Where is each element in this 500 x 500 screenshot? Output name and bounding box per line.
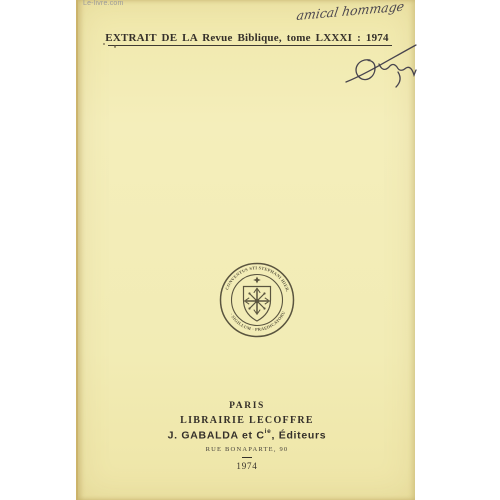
imprint-editors-sup: ie [265,428,272,435]
signature-stroke [379,64,416,75]
paper-speck [114,45,116,48]
signature-stroke [396,72,400,87]
dedication-text: amical hommage [296,0,406,23]
watermark-text: Le-livre.com [83,0,124,7]
imprint-city: PARIS [88,401,406,411]
dedication-handwriting: amical hommage [290,0,414,34]
signature-handwriting [334,38,418,96]
scan-image: Le-livre.com amical hommage EXTRAIT DE L… [0,0,500,500]
imprint-block: PARIS LIBRAIRIE LECOFFRE J. GABALDA et C… [88,401,406,471]
cross-fleury-icon [245,288,270,314]
imprint-library: LIBRAIRIE LECOFFRE [88,415,406,426]
imprint-year: 1974 [88,461,406,471]
imprint-editors-pre: J. GABALDA et C [168,430,265,442]
imprint-editors: J. GABALDA et Cie, Éditeurs [88,429,406,442]
book-extract-cover: Le-livre.com amical hommage EXTRAIT DE L… [76,0,415,500]
signature-stroke [346,45,416,82]
paper-speck [103,43,105,45]
convent-seal: CONVENTUS STI STEPHANI HIER. FRAT. · SIG… [212,255,302,345]
imprint-divider [242,457,252,458]
imprint-address: RUE BONAPARTE, 90 [88,446,406,453]
imprint-editors-post: , Éditeurs [272,430,327,442]
seal-star-ornament [253,277,261,284]
